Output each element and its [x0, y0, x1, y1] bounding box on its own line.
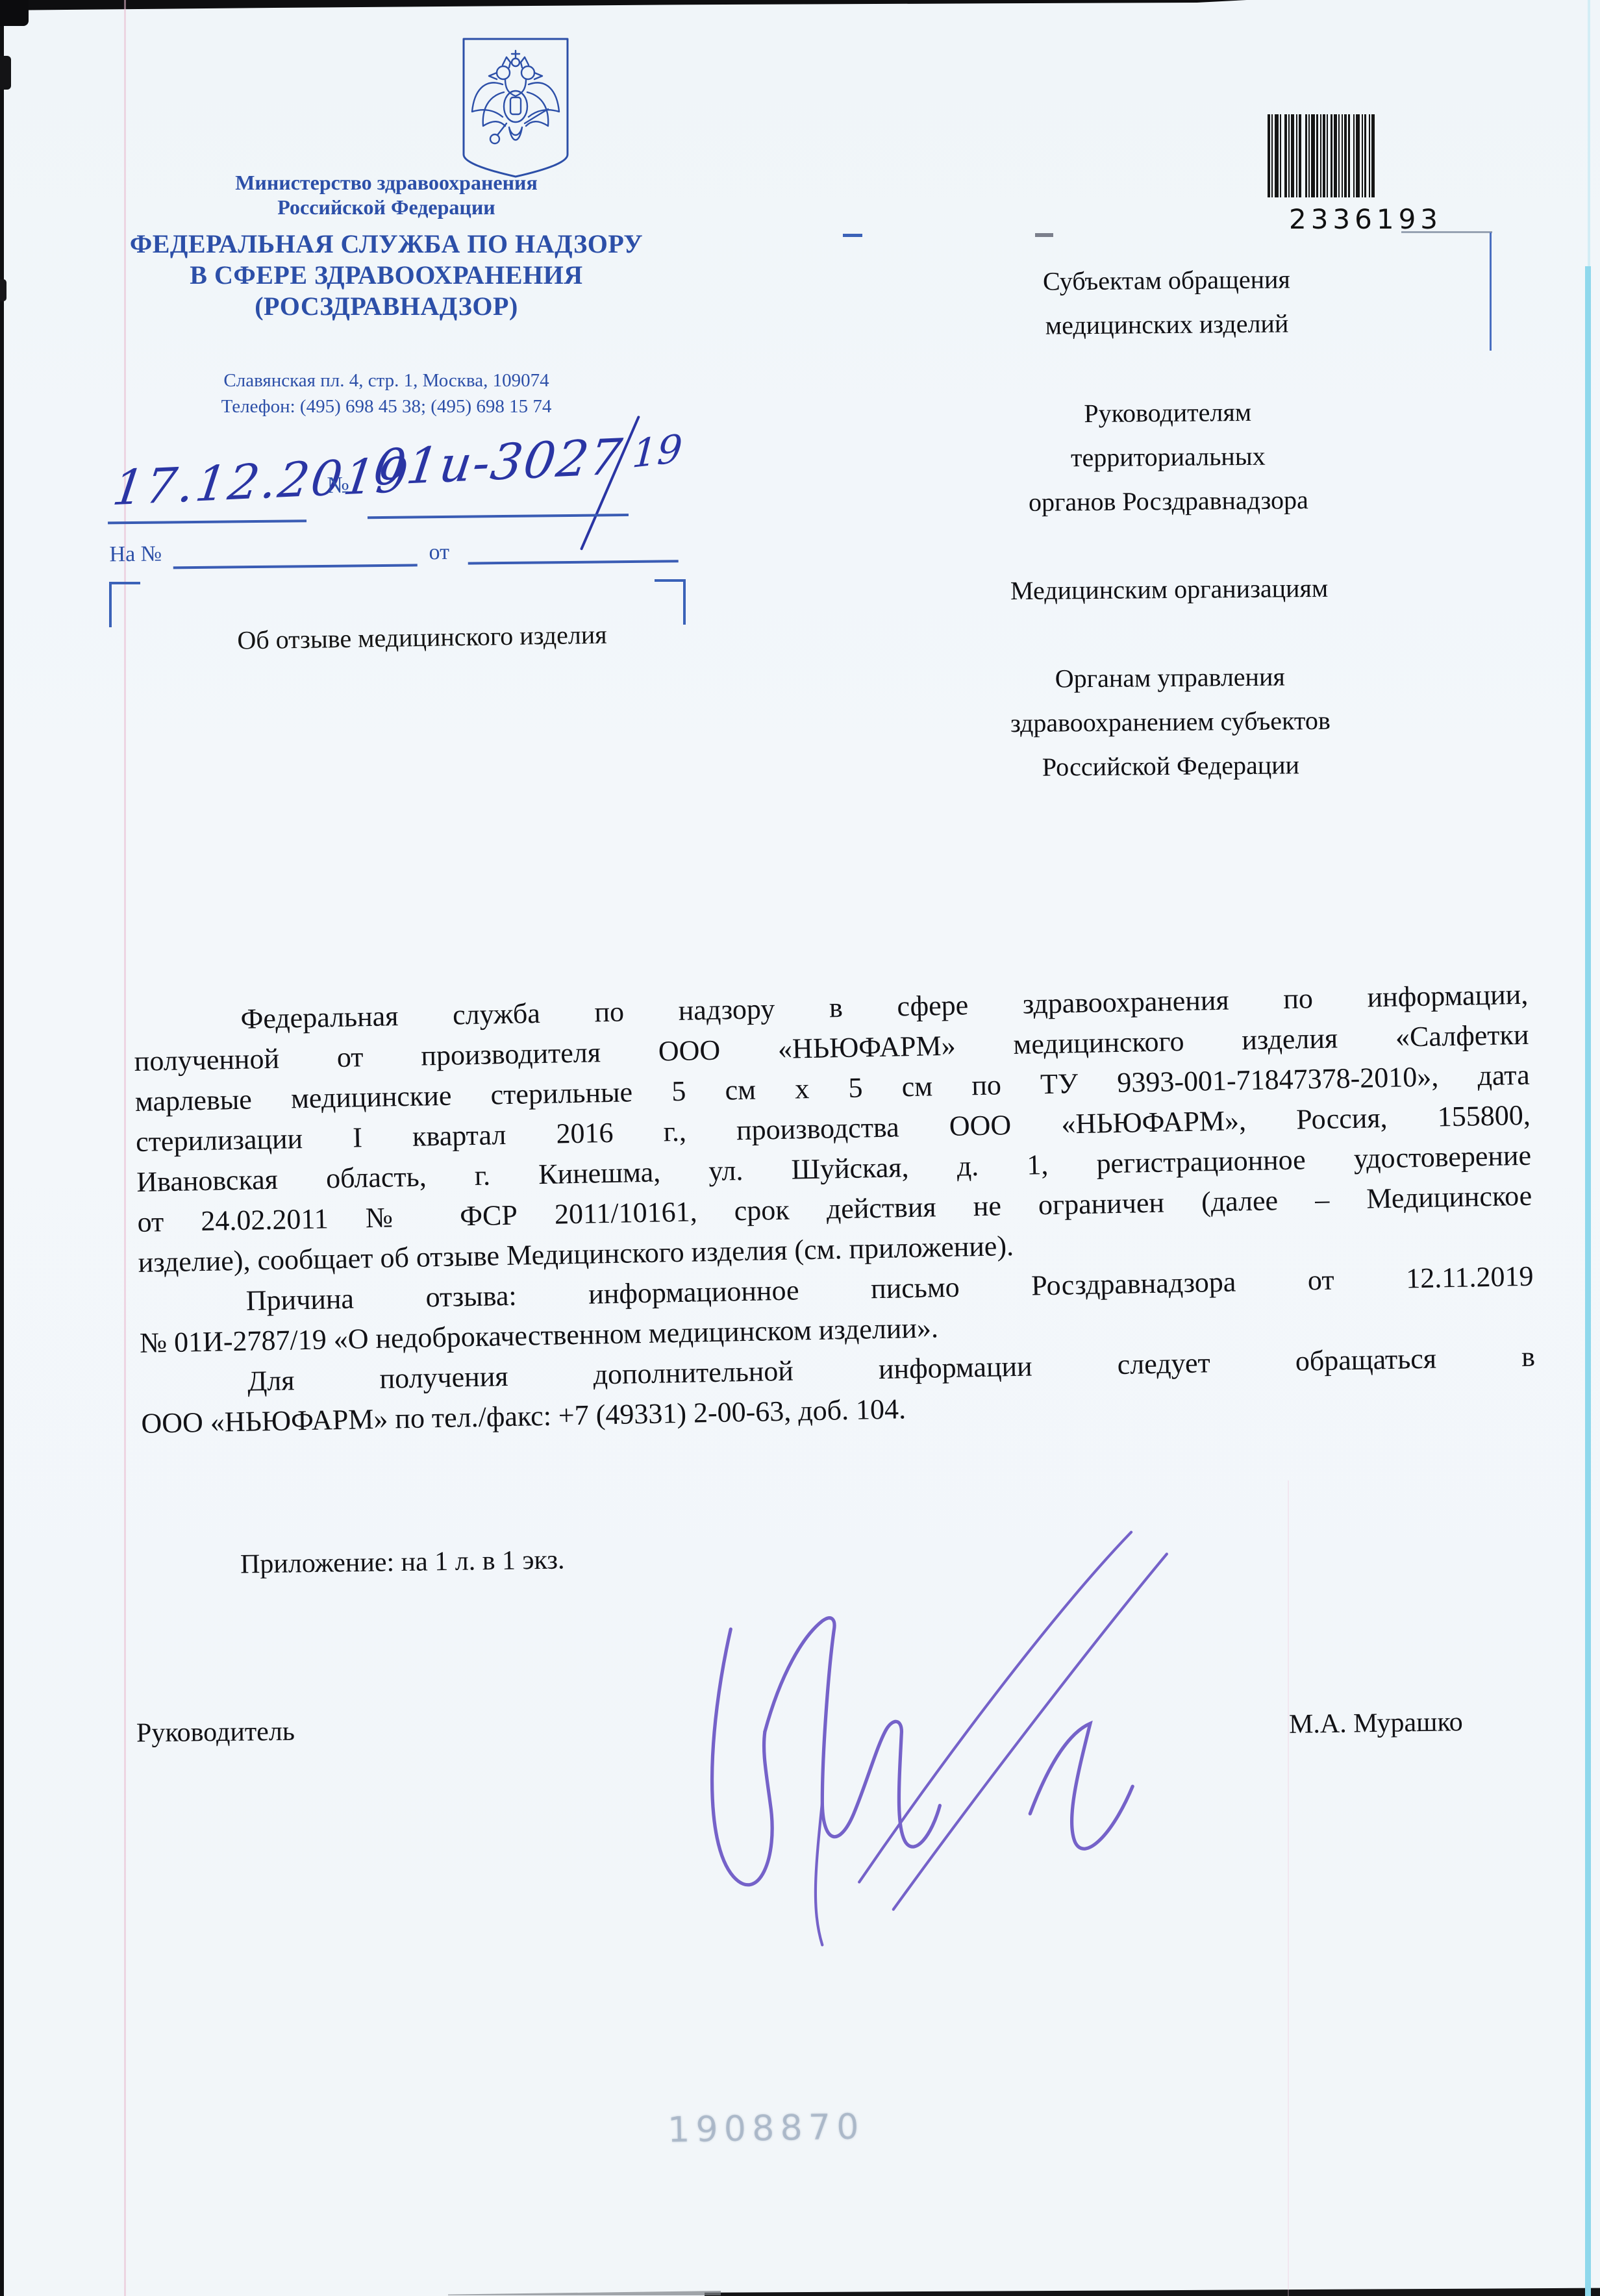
letter-body: Федеральная служба по надзору в сфере зд…: [133, 975, 1536, 1444]
handwritten-outgoing-number: 01и-3027: [370, 427, 626, 496]
addressee-line: Медицинским организациям: [851, 565, 1488, 615]
attachment-note: Приложение: на 1 л. в 1 экз.: [240, 1545, 565, 1580]
corner-mark: [1035, 233, 1053, 237]
signer-name: М.А. Мурашко: [1289, 1706, 1463, 1740]
form-underline: [368, 514, 629, 519]
signature-icon: [688, 1526, 1208, 1965]
addressee-line: здравоохранением субъектов: [852, 697, 1489, 747]
corner-mark: [843, 234, 862, 237]
corner-mark: [683, 579, 686, 625]
addressee-group: Руководителям территориальных органов Ро…: [849, 388, 1487, 527]
corner-mark: [109, 582, 140, 584]
addressee-group: Органам управления здравоохранением субъ…: [852, 653, 1490, 792]
corner-mark: [109, 582, 112, 627]
addressee-line: Руководителям: [849, 388, 1486, 438]
addressee-line: медицинских изделий: [849, 300, 1486, 350]
addressee-line: Органам управления: [852, 653, 1489, 703]
form-underline: [468, 560, 679, 564]
handwritten-number-suffix: 19: [631, 426, 683, 477]
addressee-group: Медицинским организациям: [851, 565, 1488, 615]
addressee-line: Российской Федерации: [853, 742, 1490, 792]
scanned-letter-page: Министерство здравоохранения Российской …: [0, 0, 1600, 2296]
template-line: [1490, 232, 1492, 351]
reply-from-label: от: [429, 540, 449, 565]
addressee-line: Субъектам обращения: [848, 256, 1485, 306]
addressee-line: органов Росздравнадзора: [850, 477, 1487, 527]
addressee-group: Субъектам обращения медицинских изделий: [848, 256, 1485, 350]
handwritten-date: 17.12.2019: [110, 447, 413, 517]
faint-stamp-number: 1908870: [667, 2106, 865, 2150]
addressee-line: территориальных: [850, 432, 1487, 482]
signer-title: Руководитель: [136, 1716, 295, 1749]
form-underline: [108, 519, 306, 524]
corner-mark: [655, 579, 686, 582]
form-underline: [173, 564, 418, 569]
addressee-block: Субъектам обращения медицинских изделий …: [848, 256, 1490, 836]
reply-to-label: На №: [109, 542, 162, 568]
number-sign: №: [327, 471, 349, 499]
template-line: [1401, 231, 1492, 233]
